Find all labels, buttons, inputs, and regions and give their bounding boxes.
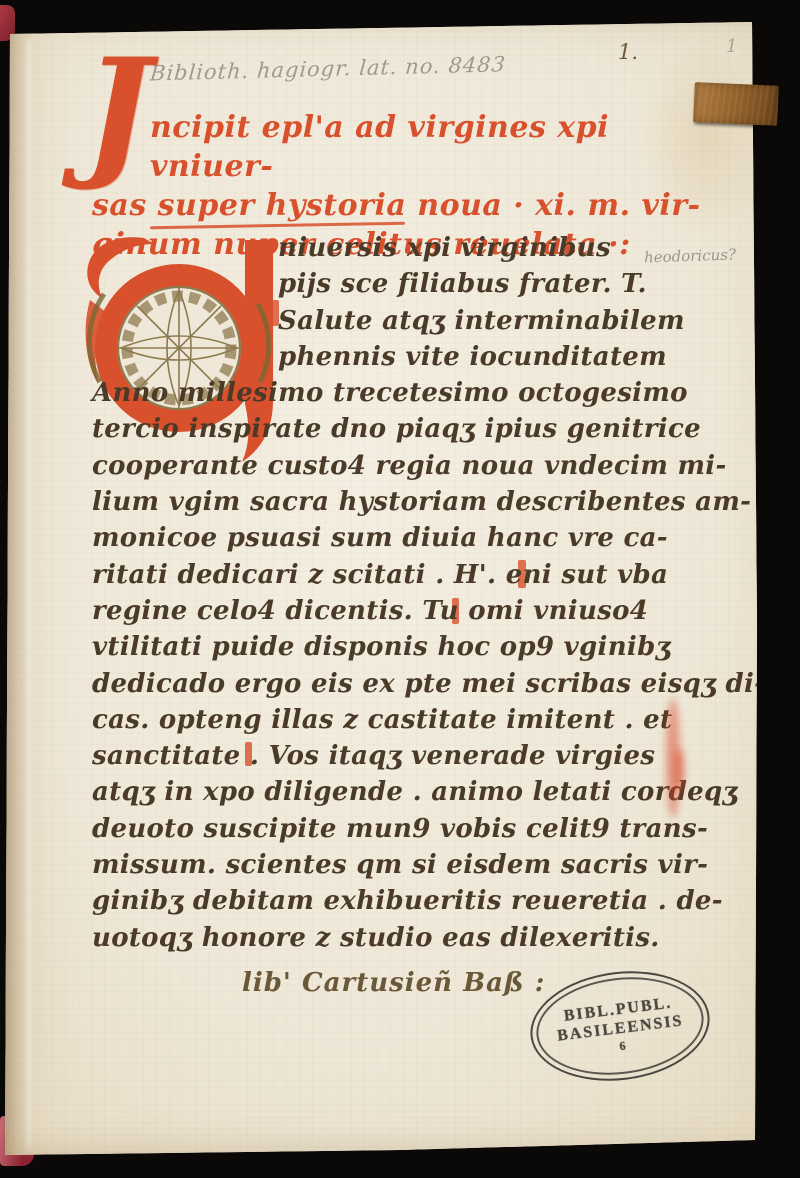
body-text-line: niuersis xpi virginibus xyxy=(92,230,732,266)
body-text-line: pijs sce filiabus frater. T. xyxy=(92,266,732,302)
library-stamp: BIBL.PUBL. BASILEENSIS 6 xyxy=(524,961,716,1090)
rubric-line: sas super hystoria noua · xi. m. vir- xyxy=(92,186,722,225)
gutter-shadow xyxy=(0,0,64,1178)
stamp-text-line: 6 xyxy=(619,1040,626,1053)
body-text-line: uotoqʒ honore z studio eas dilexeritis. xyxy=(92,920,732,956)
body-text-line: Anno millesimo trecetesimo octogesimo xyxy=(92,375,732,411)
body-text-line: regine celo4 dicentis. Tu omi vniuso4 xyxy=(92,593,732,629)
body-text-line: sanctitate . Vos itaqʒ venerade virgies xyxy=(92,738,732,774)
body-text-line: ritati dedicari z scitati . H'. eni sut … xyxy=(92,557,732,593)
body-text: niuersis xpi virginibus pijs sce filiabu… xyxy=(92,230,732,956)
bookmark-tab xyxy=(693,82,779,126)
stamp-text-line: BASILEENSIS xyxy=(556,1011,684,1045)
ownership-inscription: lib' Cartusieñ Baß : xyxy=(242,968,545,998)
manuscript-photo: Biblioth. hagiogr. lat. no. 8483 1. 1 J … xyxy=(0,0,800,1178)
pencil-shelfmark: Biblioth. hagiogr. lat. no. 8483 xyxy=(149,50,571,85)
rubric-line: ncipit epl'a ad virgines xpi vniuer- xyxy=(92,108,722,186)
body-text-line: missum. scientes qm si eisdem sacris vir… xyxy=(92,847,732,883)
red-ink-smudge xyxy=(674,748,684,792)
body-text-line: monicoe psuasi sum diuia hanc vre ca- xyxy=(92,520,732,556)
body-text-line: deuoto suscipite mun9 vobis celit9 trans… xyxy=(92,811,732,847)
body-text-line: cooperante custo4 regia noua vndecim mi- xyxy=(92,448,732,484)
body-text-line: Salute atqʒ interminabilem xyxy=(92,303,732,339)
stamp-text-line: BIBL.PUBL. xyxy=(563,994,673,1026)
body-text-line: lium vgim sacra hystoriam describentes a… xyxy=(92,484,732,520)
body-text-line: phennis vite iocunditatem xyxy=(92,339,732,375)
body-text-line: tercio inspirate dno piaqʒ ipius genitri… xyxy=(92,411,732,447)
body-text-line: cas. opteng illas z castitate imitent . … xyxy=(92,702,732,738)
body-text-line: atqʒ in xpo diligende . animo letati cor… xyxy=(92,774,732,810)
body-text-line: dedicado ergo eis ex pte mei scribas eis… xyxy=(92,666,732,702)
folio-number-ink: 1. xyxy=(618,40,638,64)
body-text-line: ginibʒ debitam exhibueritis reueretia . … xyxy=(92,883,732,919)
manuscript-page: Biblioth. hagiogr. lat. no. 8483 1. 1 J … xyxy=(0,0,800,1178)
body-text-line: vtilitati puide disponis hoc op9 vginibʒ xyxy=(92,629,732,665)
folio-number-pencil: 1 xyxy=(726,36,737,57)
gutter-highlight xyxy=(26,40,31,1150)
